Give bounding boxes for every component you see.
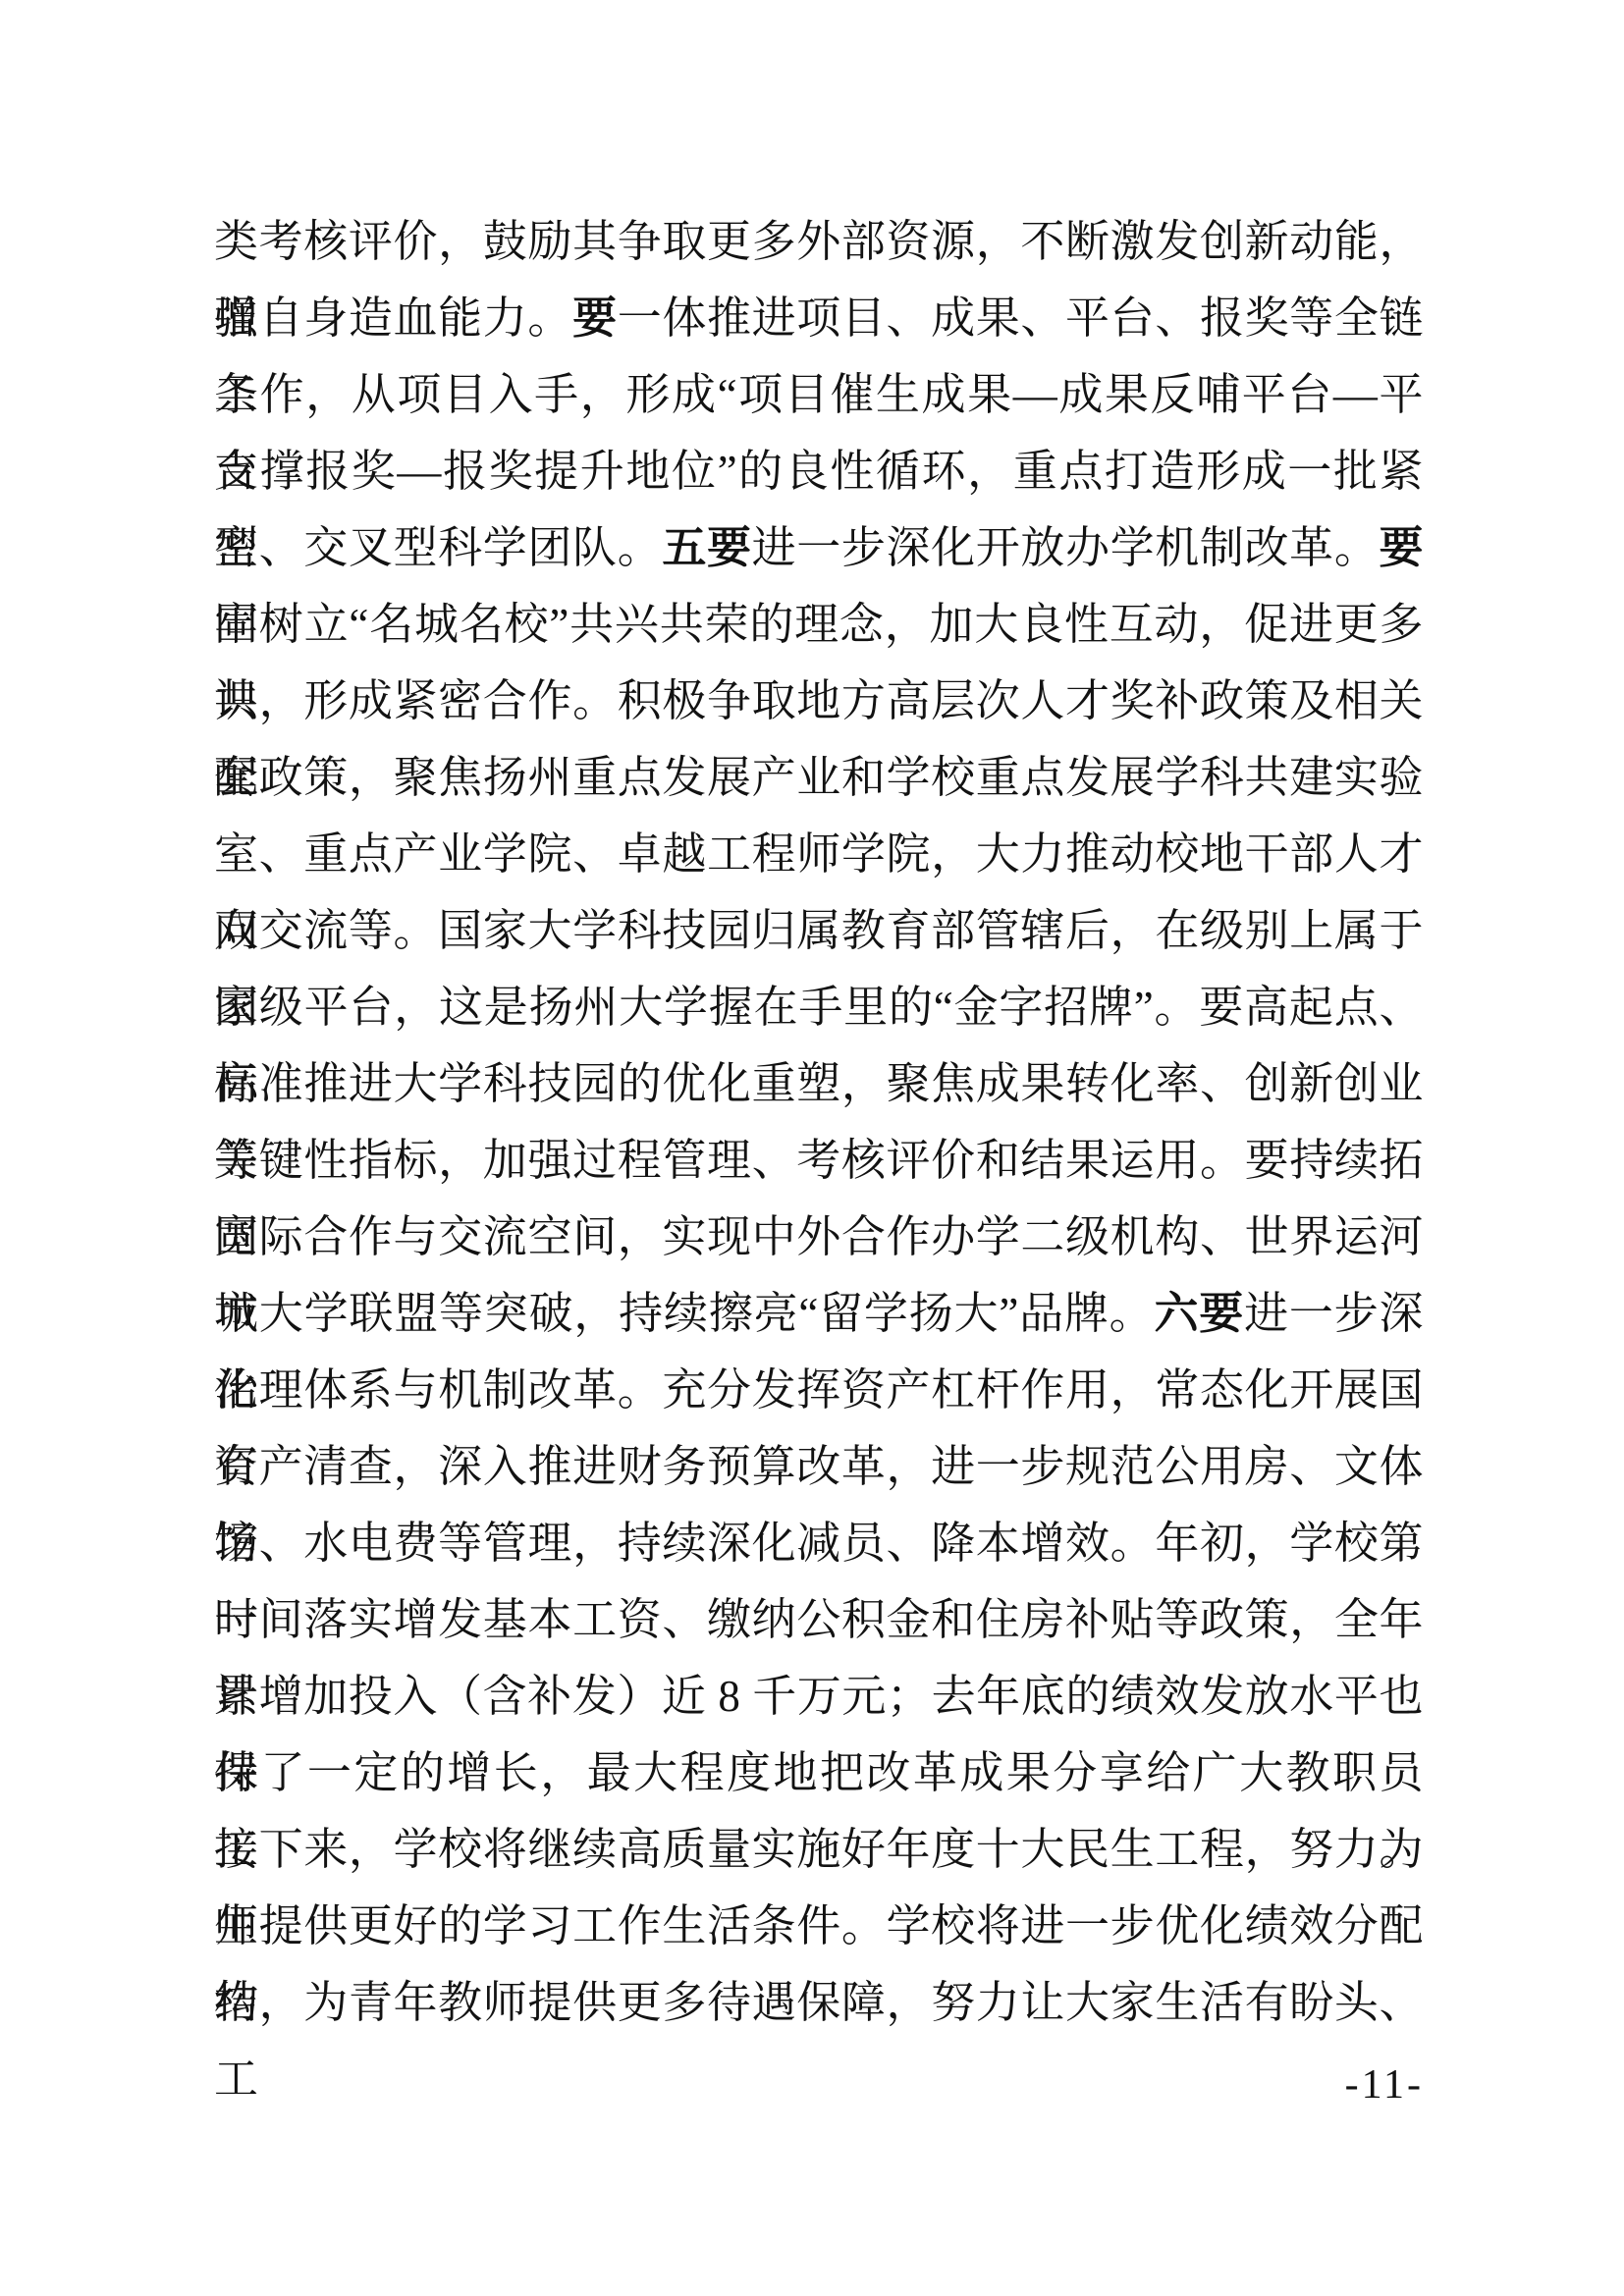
- text-line: 关键性指标，加强过程管理、考核评价和结果运用。要持续拓宽: [214, 1122, 1424, 1199]
- text-line: 构，为青年教师提供更多待遇保障，努力让大家生活有盼头、工: [214, 1964, 1424, 2041]
- bold-text-segment: 要: [1379, 523, 1424, 572]
- text-line: 市大学联盟等突破，持续擦亮“留学扬大”品牌。六要进一步深化: [214, 1275, 1424, 1352]
- text-line: 固树立“名城名校”共兴共荣的理念，加大良性互动，促进更多共: [214, 586, 1424, 663]
- text-line: 馆、水电费等管理，持续深化减员、降本增效。年初，学校第一: [214, 1505, 1424, 1581]
- text-segment: 强自身造血能力。: [214, 294, 572, 343]
- document-body: 类考核评价，鼓励其争取更多外部资源，不断激发创新动能，增强自身造血能力。要一体推…: [214, 203, 1424, 2041]
- text-line: 接下来，学校将继续高质量实施好年度十大民生工程，努力为师: [214, 1811, 1424, 1888]
- text-line: 支撑报奖—报奖提升地位”的良性循环，重点打造形成一批紧密: [214, 433, 1424, 509]
- text-segment: 市大学联盟等突破，持续擦亮“留学扬大”品牌。: [214, 1289, 1154, 1338]
- text-line: 计增加投入（含补发）近 8 千万元；去年底的绩效发放水平也保: [214, 1658, 1424, 1735]
- text-line: 持了一定的增长，最大程度地把改革成果分享给广大教职员工。: [214, 1735, 1424, 1811]
- text-line: 家级平台，这是扬州大学握在手里的“金字招牌”。要高起点、高: [214, 969, 1424, 1045]
- text-segment: 进一步深化开放办学机制改革。: [752, 523, 1380, 572]
- text-line: 生提供更好的学习工作生活条件。学校将进一步优化绩效分配结: [214, 1888, 1424, 1964]
- document-page: 类考核评价，鼓励其争取更多外部资源，不断激发创新动能，增强自身造血能力。要一体推…: [0, 0, 1624, 2296]
- bold-text-segment: 五要: [662, 523, 751, 572]
- text-line: 向交流等。国家大学科技园归属教育部管辖后，在级别上属于国: [214, 892, 1424, 969]
- text-line: 资产清查，深入推进财务预算改革，进一步规范公用房、文体场: [214, 1428, 1424, 1505]
- text-line: 治理体系与机制改革。充分发挥资产杠杆作用，常态化开展国有: [214, 1352, 1424, 1428]
- text-line: 工作，从项目入手，形成“项目催生成果—成果反哺平台—平台: [214, 356, 1424, 433]
- text-line: 识，形成紧密合作。积极争取地方高层次人才奖补政策及相关配: [214, 663, 1424, 739]
- bold-text-segment: 要: [572, 294, 618, 343]
- text-segment: 套政策，聚焦扬州重点发展产业和学校重点发展学科共建实验: [214, 753, 1424, 802]
- text-line: 室、重点产业学院、卓越工程师学院，大力推动校地干部人才双: [214, 816, 1424, 892]
- text-line: 套政策，聚焦扬州重点发展产业和学校重点发展学科共建实验: [214, 739, 1424, 816]
- text-line: 强自身造血能力。要一体推进项目、成果、平台、报奖等全链条: [214, 280, 1424, 356]
- text-line: 时间落实增发基本工资、缴纳公积金和住房补贴等政策，全年累: [214, 1581, 1424, 1658]
- text-line: 标准推进大学科技园的优化重塑，聚焦成果转化率、创新创业等: [214, 1045, 1424, 1122]
- text-line: 类考核评价，鼓励其争取更多外部资源，不断激发创新动能，增: [214, 203, 1424, 280]
- text-line: 国际合作与交流空间，实现中外合作办学二级机构、世界运河城: [214, 1199, 1424, 1275]
- page-number: -11-: [214, 2061, 1424, 2109]
- text-line: 型、交叉型科学团队。五要进一步深化开放办学机制改革。要牢: [214, 509, 1424, 586]
- text-segment: 型、交叉型科学团队。: [214, 523, 662, 572]
- bold-text-segment: 六要: [1154, 1289, 1244, 1338]
